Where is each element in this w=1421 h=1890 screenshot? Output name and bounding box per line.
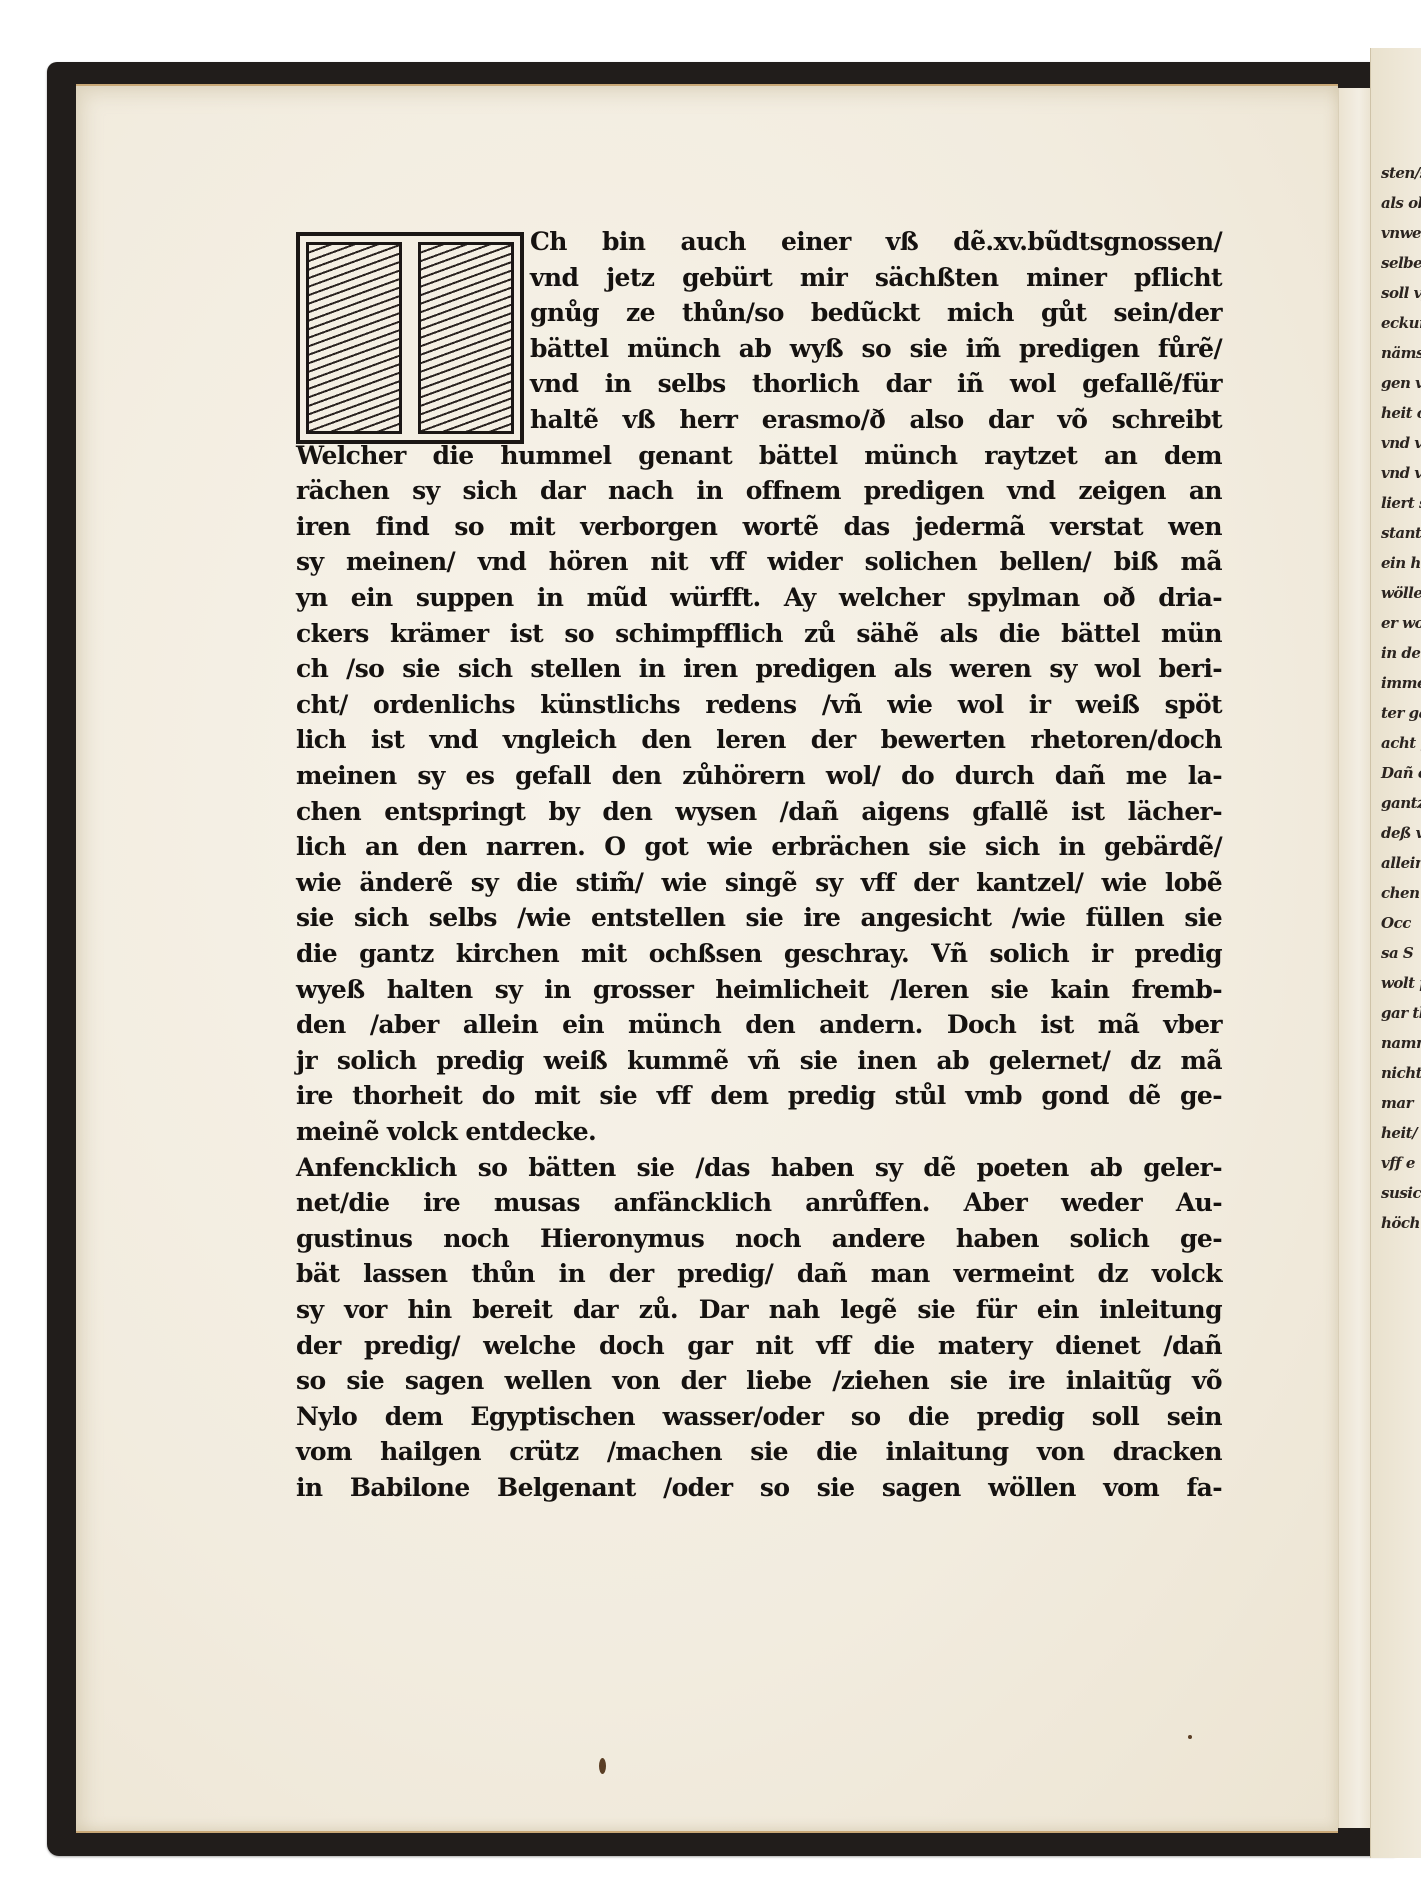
text-line: Ch bin auch einer vß dẽ.xv.bũdtsgnossen/ [530, 224, 1222, 259]
facing-page-line: höch [1371, 1208, 1421, 1238]
facing-page-line: als ob [1371, 188, 1421, 218]
text-line: Welcher die hummel genant bättel münch r… [296, 438, 1222, 473]
facing-page-line: acht ge [1371, 728, 1421, 758]
facing-page-line: nämsch [1371, 338, 1421, 368]
text-line: bät lassen thůn in der predig/ dañ man v… [296, 1256, 1222, 1291]
facing-page-line: gen von [1371, 368, 1421, 398]
facing-page-line: heit/ [1371, 1118, 1421, 1148]
text-line: den /aber allein ein münch den andern. D… [296, 1007, 1222, 1042]
facing-page-line: Occ [1371, 908, 1421, 938]
facing-page-line: deß vo [1371, 818, 1421, 848]
text-line: gnůg ze thůn/so bedũckt mich gůt sein/de… [530, 295, 1222, 330]
text-line: vnd jetz gebürt mir sächßten miner pflic… [530, 260, 1222, 295]
text-line: lich an den narren. O got wie erbrächen … [296, 829, 1222, 864]
text-line: ch /so sie sich stellen in iren predigen… [296, 651, 1222, 686]
text-line: die gantz kirchen mit ochßsen geschray. … [296, 936, 1222, 971]
text-line: haltẽ vß herr erasmo/ð also dar võ schre… [530, 402, 1222, 437]
facing-page-line: allein [1371, 848, 1421, 878]
facing-page-line: vff e [1371, 1148, 1421, 1178]
facing-page: sten/sals obvnweselbensoll vffeckungnäms… [1370, 48, 1421, 1858]
text-line: vom hailgen crütz /machen sie die inlait… [296, 1434, 1222, 1469]
text-line: lich ist vnd vngleich den leren der bewe… [296, 722, 1222, 757]
facing-page-line: in der b [1371, 638, 1421, 668]
foxing-spot [1188, 1735, 1192, 1739]
facing-page-line: vnwe [1371, 218, 1421, 248]
initial-right-stroke-woodcut [418, 242, 514, 434]
facing-page-line: ter gan [1371, 698, 1421, 728]
facing-page-line: sa S [1371, 938, 1421, 968]
facing-page-line: soll vff [1371, 278, 1421, 308]
facing-page-line: stantiu [1371, 518, 1421, 548]
text-line: meinẽ volck entdecke. [296, 1114, 1222, 1149]
facing-page-line: heit od [1371, 398, 1421, 428]
facing-page-line: vnd vo [1371, 428, 1421, 458]
text-line: Anfencklich so bätten sie /das haben sy … [296, 1150, 1222, 1185]
text-line: sie sich selbs /wie entstellen sie ire a… [296, 900, 1222, 935]
facing-page-line: vnd vo [1371, 458, 1421, 488]
facing-page-line: gantze [1371, 788, 1421, 818]
facing-page-line: selben [1371, 248, 1421, 278]
text-line: Nylo dem Egyptischen wasser/oder so die … [296, 1399, 1222, 1434]
text-line: bättel münch ab wyß so sie im̃ predigen … [530, 331, 1222, 366]
foxing-spot [599, 1758, 606, 1774]
facing-page-line: liert sol [1371, 488, 1421, 518]
text-line: jr solich predig weiß kummẽ vñ sie inen … [296, 1043, 1222, 1078]
facing-page-line: wolt p [1371, 968, 1421, 998]
facing-page-line: eckung [1371, 308, 1421, 338]
text-line: so sie sagen wellen von der liebe /ziehe… [296, 1363, 1222, 1398]
facing-page-line: er wolt [1371, 608, 1421, 638]
text-line: in Babilone Belgenant /oder so sie sagen… [296, 1470, 1222, 1505]
text-line: chen entspringt by den wysen /dañ aigens… [296, 794, 1222, 829]
facing-page-line: namm [1371, 1028, 1421, 1058]
text-line: rächen sy sich dar nach in offnem predig… [296, 473, 1222, 508]
facing-page-line: immer [1371, 668, 1421, 698]
facing-page-line: sten/s [1371, 158, 1421, 188]
text-line: wie änderẽ sy die stim̃/ wie singẽ sy vf… [296, 865, 1222, 900]
facing-page-text: sten/sals obvnweselbensoll vffeckungnäms… [1371, 158, 1421, 1238]
text-line: gustinus noch Hieronymus noch andere hab… [296, 1221, 1222, 1256]
text-line: iren find so mit verborgen wortẽ das jed… [296, 509, 1222, 544]
text-line: sy vor hin bereit dar zů. Dar nah legẽ s… [296, 1292, 1222, 1327]
decorated-initial-letter [296, 232, 524, 444]
facing-page-line: wöllen i [1371, 578, 1421, 608]
text-line: der predig/ welche doch gar nit vff die … [296, 1328, 1222, 1363]
text-line: sy meinen/ vnd hören nit vff wider solic… [296, 544, 1222, 579]
facing-page-line: Dañ e [1371, 758, 1421, 788]
initial-left-stroke-woodcut [306, 242, 402, 434]
facing-page-line: ein ho [1371, 548, 1421, 578]
facing-page-line: nicht [1371, 1058, 1421, 1088]
facing-page-line: mar [1371, 1088, 1421, 1118]
text-line: ire thorheit do mit sie vff dem predig s… [296, 1078, 1222, 1113]
text-line: wyeß halten sy in grosser heimlicheit /l… [296, 972, 1222, 1007]
facing-page-line: susic [1371, 1178, 1421, 1208]
text-line: cht/ ordenlichs künstlichs redens /vñ wi… [296, 687, 1222, 722]
facing-page-line: chen [1371, 878, 1421, 908]
text-line: meinen sy es gefall den zůhörern wol/ do… [296, 758, 1222, 793]
text-line: vnd in selbs thorlich dar iñ wol gefallẽ… [530, 366, 1222, 401]
text-line: ckers krämer ist so schimpfflich zů sähẽ… [296, 616, 1222, 651]
facing-page-line: gar th [1371, 998, 1421, 1028]
text-line: net/die ire musas anfäncklich anrůffen. … [296, 1185, 1222, 1220]
text-line: yn ein suppen in mũd würfft. Ay welcher … [296, 580, 1222, 615]
